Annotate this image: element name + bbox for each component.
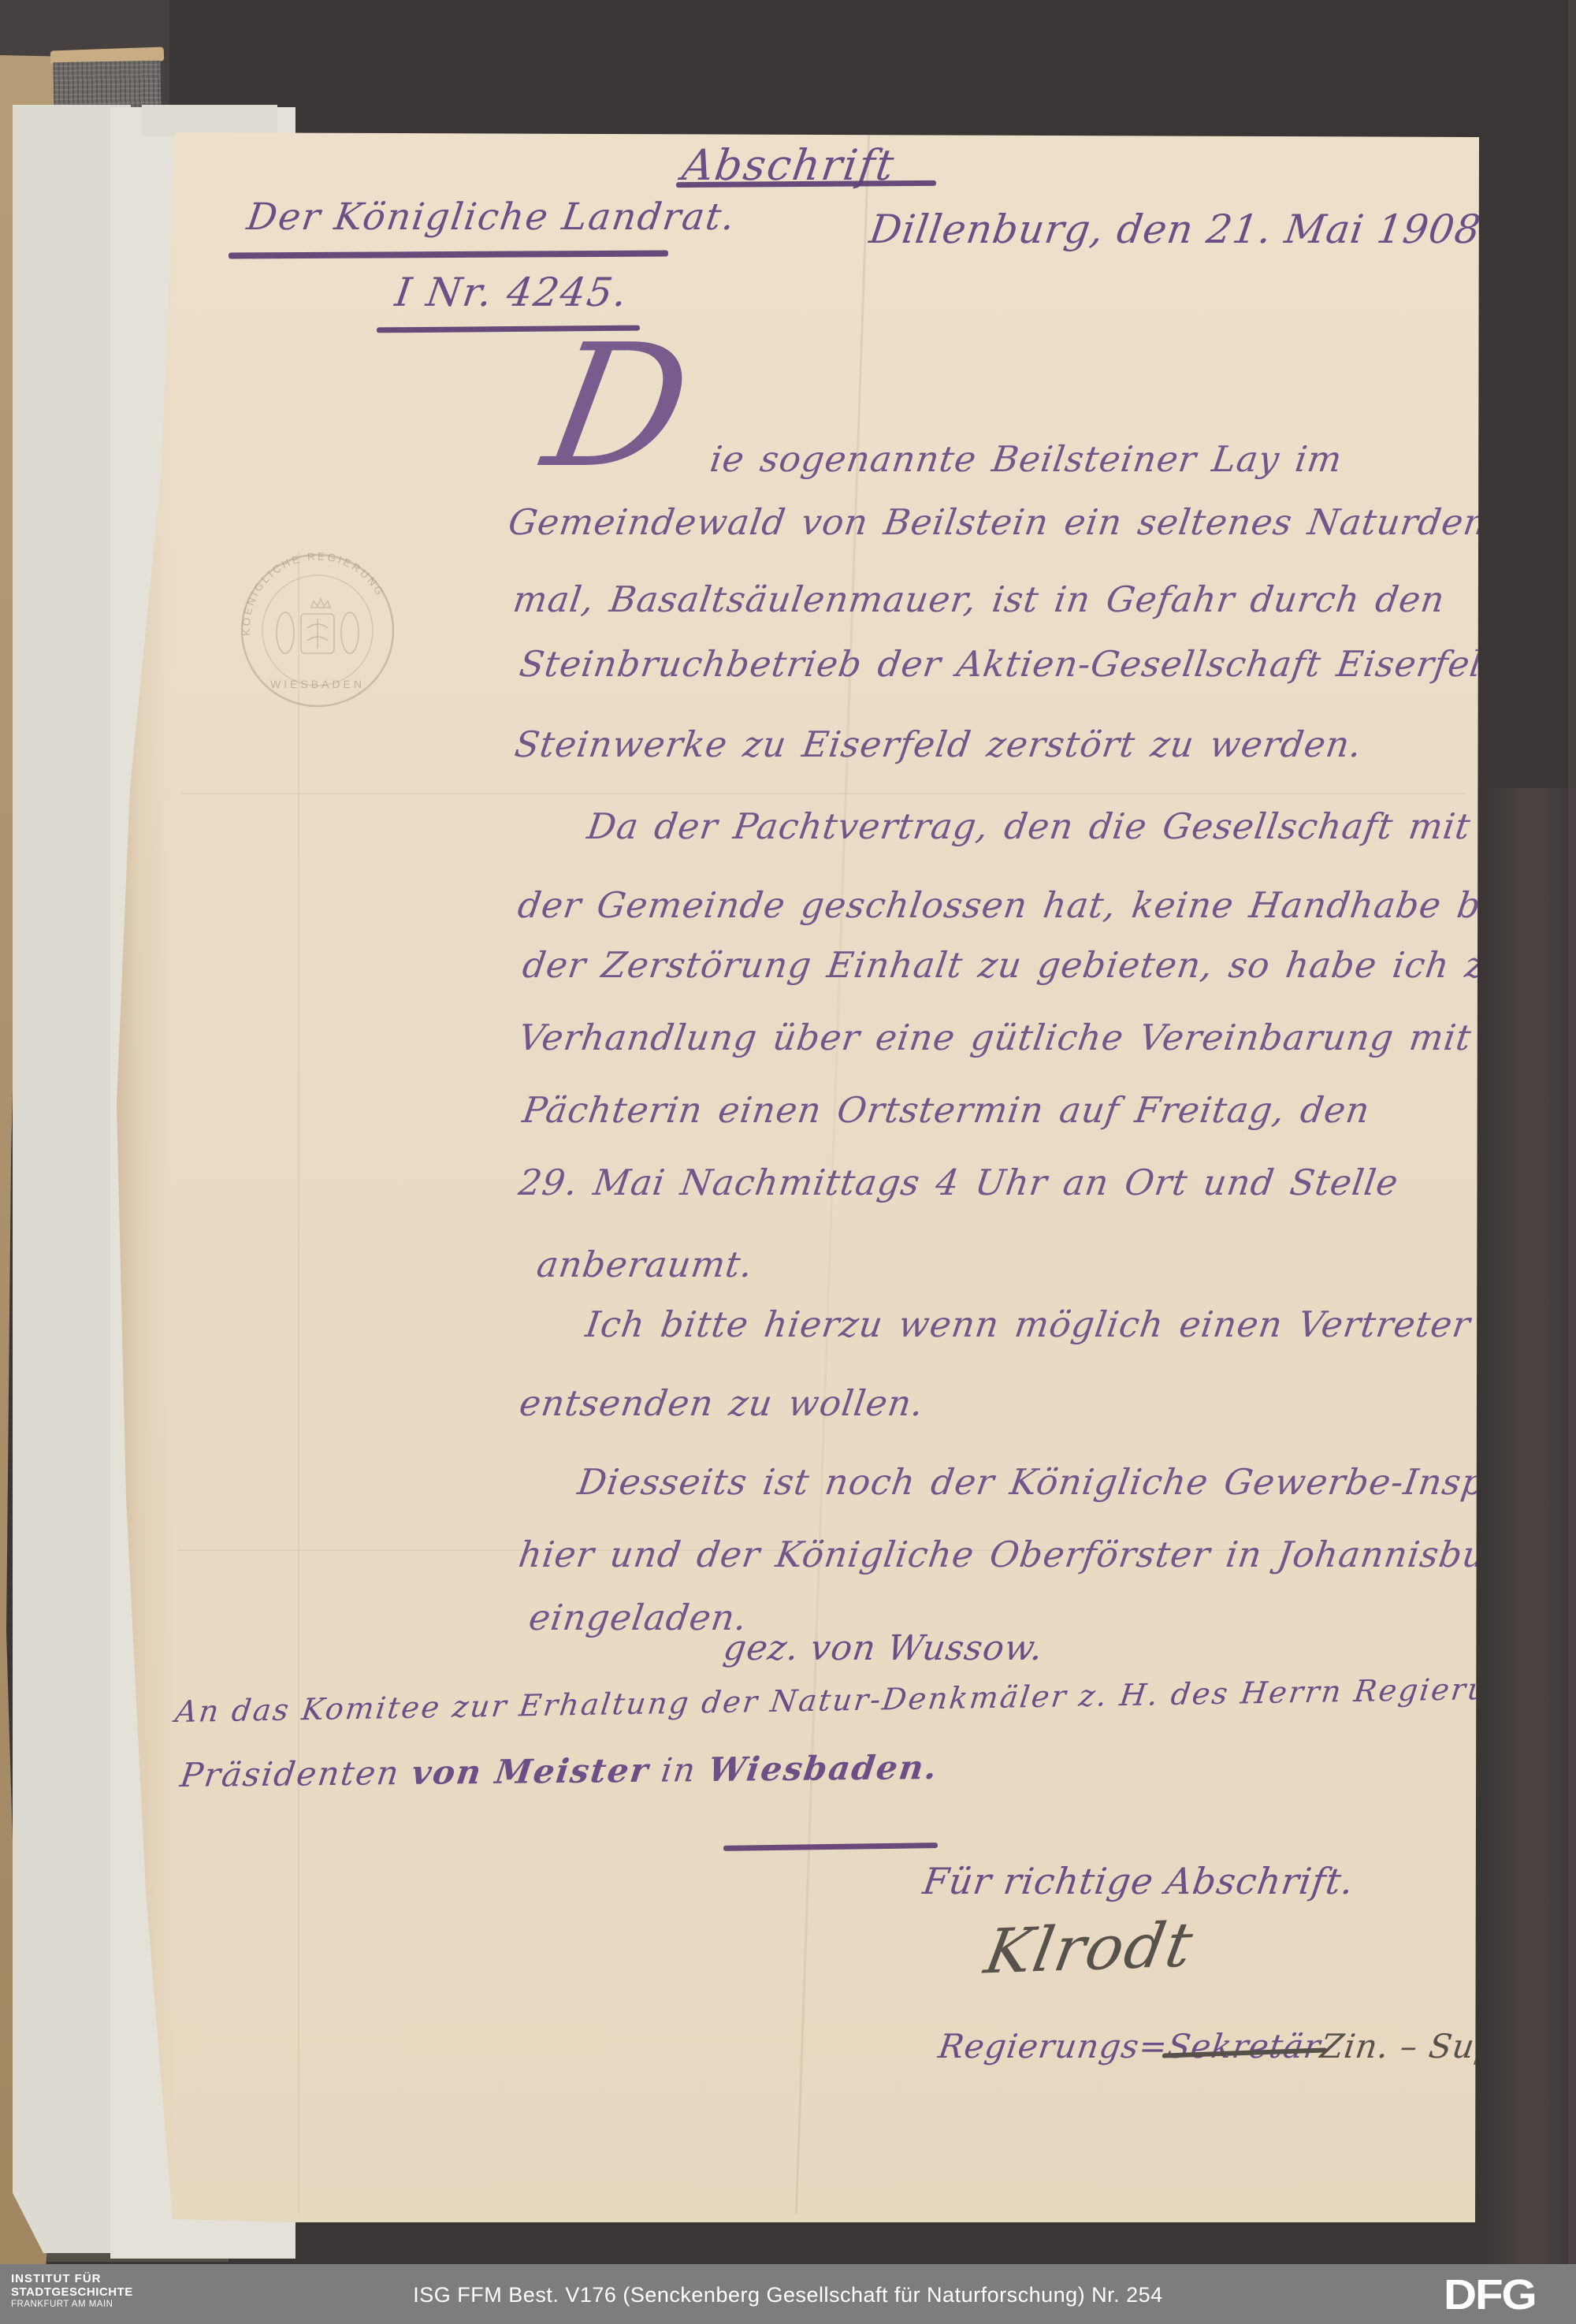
body-line: Gemeindewald von Beilstein ein seltenes … [506, 501, 1525, 543]
ornate-initial: D [535, 322, 701, 491]
signature: Klrodt [979, 1909, 1199, 1987]
place-date-line: Dillenburg, den 21. Mai 1908. [867, 206, 1497, 252]
body-line: Da der Pachtvertrag, den die Gesellschaf… [585, 805, 1474, 847]
closing-rule [723, 1842, 938, 1851]
body-line: eingeladen. [526, 1597, 750, 1638]
body-line: anberaumt. [534, 1244, 756, 1285]
body-line: mal, Basaltsäulenmauer, ist in Gefahr du… [511, 578, 1448, 620]
dfg-logo: DFG [1444, 2270, 1536, 2319]
archive-reference: ISG FFM Best. V176 (Senckenberg Gesellsc… [0, 2283, 1576, 2307]
archive-footer-bar: INSTITUT FÜR STADTGESCHICHTE FRANKFURT A… [0, 2264, 1576, 2324]
sender-office-line: Der Königliche Landrat. [244, 195, 738, 239]
body-line: der Zerstörung Einhalt zu gebieten, so h… [520, 944, 1529, 986]
underline-sender [229, 251, 668, 259]
body-line: hier und der Königliche Oberförster in J… [516, 1534, 1530, 1575]
scan-edge-highlight [1568, 0, 1576, 2264]
body-line: ie sogenannte Beilsteiner Lay im [708, 438, 1345, 480]
page-stack-fore-edge [1481, 788, 1576, 2264]
svg-text:KOENIGLICHE REGIERUNG: KOENIGLICHE REGIERUNG [240, 550, 387, 636]
body-line: Pächterin einen Ortstermin auf Freitag, … [520, 1089, 1373, 1131]
title-part-purple: Regierungs= [936, 2027, 1170, 2066]
address-segment-emphasized: Wiesbaden. [706, 1748, 940, 1789]
address-segment: Präsidenten [178, 1753, 414, 1794]
official-title-line: Regierungs=SekretärZin. – Supern. [936, 2027, 1570, 2066]
body-line: Diesseits ist noch der Königliche Gewerb… [575, 1461, 1576, 1503]
horizontal-fold-crease [181, 793, 1466, 794]
address-segment: in [647, 1750, 712, 1790]
body-line: Steinwerke zu Eiserfeld zerstört zu werd… [512, 723, 1365, 765]
title-part-struck: Sekretär [1165, 2027, 1323, 2066]
underlying-sheet-top-edge [142, 105, 277, 136]
seal-text-top: KOENIGLICHE REGIERUNG [240, 550, 387, 636]
address-segment-emphasized: von Meister [410, 1751, 652, 1792]
archive-scan-viewport: KOENIGLICHE REGIERUNG WIESBADEN Abschrif… [0, 0, 1576, 2324]
body-line: Verhandlung über eine gütliche Vereinbar… [516, 1017, 1553, 1058]
address-line-1: An das Komitee zur Erhaltung der Natur-D… [173, 1670, 1563, 1729]
signed-by-line: gez. von Wussow. [721, 1628, 1046, 1668]
seal-coat-of-arms [277, 599, 359, 653]
body-line: 29. Mai Nachmittags 4 Uhr an Ort und Ste… [516, 1162, 1401, 1203]
embossed-seal: KOENIGLICHE REGIERUNG WIESBADEN [236, 549, 399, 712]
body-line: Steinbruchbetrieb der Aktien-Gesellschaf… [517, 643, 1548, 685]
body-line: Ich bitte hierzu wenn möglich einen Vert… [583, 1303, 1474, 1345]
body-line: der Gemeinde geschlossen hat, keine Hand… [515, 884, 1576, 926]
address-line-2: Präsidenten von Meister in Wiesbaden. [178, 1748, 940, 1794]
seal-text-bottom: WIESBADEN [270, 678, 365, 690]
document-page: KOENIGLICHE REGIERUNG WIESBADEN Abschrif… [0, 0, 1576, 2324]
vertical-fold-crease-2 [298, 552, 299, 2214]
body-line: entsenden zu wollen. [517, 1382, 927, 1424]
underline-copy-label [676, 180, 936, 188]
certification-line: Für richtige Abschrift. [920, 1860, 1357, 1902]
